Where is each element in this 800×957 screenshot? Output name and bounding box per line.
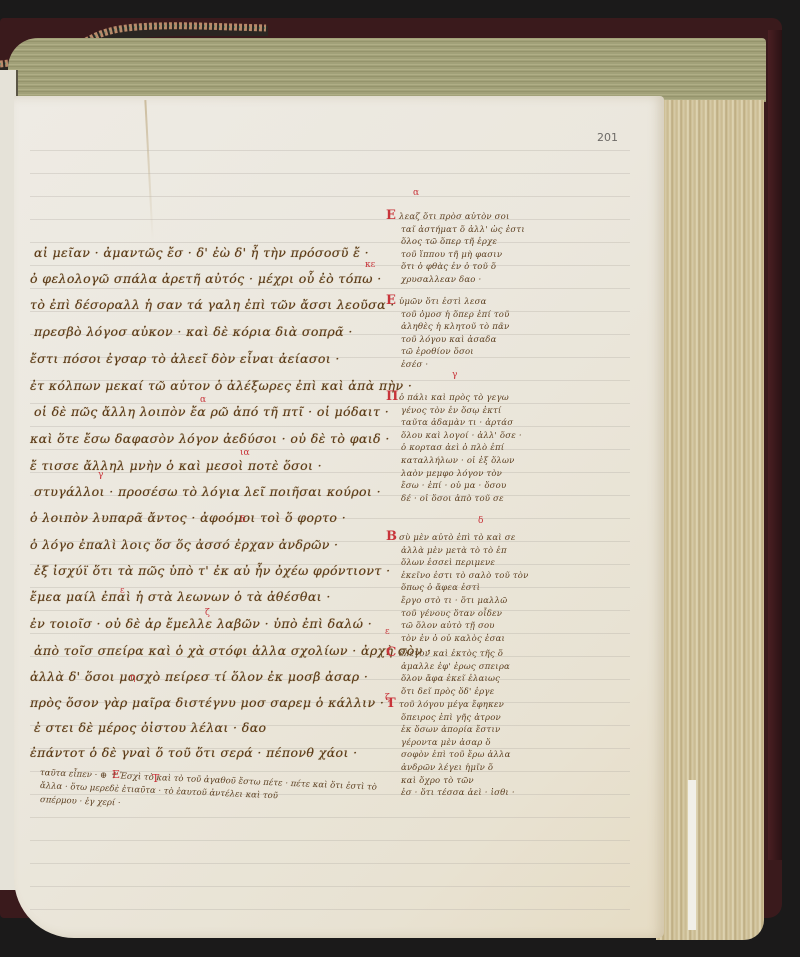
commentary-initial: Β <box>386 529 397 544</box>
commentary-line: ὅτι ὁ φθὰς ἐν ὁ τοῦ ὅ <box>401 262 496 272</box>
commentary-line: καταλλήλων · οἱ ἐξ ὅλων <box>401 456 515 466</box>
main-text-line: ἐ στει δὲ μέρος ὀἰστου λέλαι · δαο <box>34 720 266 735</box>
folio-number: 201 <box>597 131 618 144</box>
commentary-line: ἐσέσ · <box>401 360 428 370</box>
commentary-line: ὅλος τῶ ὅπερ τῆ ἐρχε <box>401 237 497 247</box>
commentary-line: ἐκ ὅσων ἀπορία ἔστιν <box>401 725 500 735</box>
commentary-line: ἀμαλλε ἐφ' ἐρως σπειρα <box>401 662 510 672</box>
commentary-line: ὅπως ὁ ἄφεα ἐστὶ <box>401 583 480 593</box>
commentary-initial: Ε <box>386 208 396 223</box>
commentary-line: τοῦ λόγου μέγα ἔφηκεν <box>399 700 504 710</box>
page-block-fore-edge <box>656 100 764 940</box>
commentary-line: τῶ ἐροθίον ὅσοι <box>401 347 474 357</box>
main-text-line: πρεσβὸ λόγοσ αὐκον · καὶ δὲ κόρια διὰ σο… <box>34 324 353 339</box>
commentary-line: τοῦ ἵππου τῆ μὴ φασιν <box>401 250 502 260</box>
commentary-line: ὅλου καὶ λογοί · ἀλλ' ὅσε · <box>401 431 522 441</box>
ruling-line <box>30 173 630 174</box>
interlinear-red-mark: η <box>130 673 135 683</box>
commentary-line: γέροντα μὲν ἀσαρ ὅ <box>401 738 491 748</box>
ruling-line <box>30 909 630 910</box>
commentary-line: ἔσω · ἐπί · οὐ μα · ὅσου <box>401 481 506 491</box>
commentary-line: σοφὸν ἐπὶ τοῦ ἔρω ἀλλα <box>401 750 511 760</box>
commentary-line: ἀληθὲς ἡ κλητοῦ τὸ πᾶν <box>401 322 509 332</box>
ruling-line <box>30 426 630 427</box>
commentary-line: ταῦτα ἀδαμὰν τι · ἀρτάσ <box>401 418 513 428</box>
commentary-line: τοῦ ὁμοσ ἡ ὅπερ ἐπί τοῦ <box>401 310 509 320</box>
ruling-line <box>30 610 630 611</box>
main-text-line: καὶ ὅτε ἔσω δαφασὸν λόγον ἀεδύσοι · οὐ δ… <box>30 431 390 446</box>
ruling-line <box>30 242 630 243</box>
ruling-line <box>30 863 630 864</box>
main-text-line: ἐτ κόλπων μεκαί τῶ αὐτον ὁ ἀλέξωρες ἐπὶ … <box>30 378 412 393</box>
ruling-line <box>30 219 630 220</box>
scholion-initial: Ε <box>112 768 120 781</box>
commentary-line: ἔργο στὸ τι · ὅτι μαλλῶ <box>401 596 507 606</box>
main-text-line: ἔ τισσε ἄλληλ μνὴν ὁ καὶ μεσοὶ ποτὲ ὅσοι… <box>30 458 322 473</box>
commentary-line: καὶ ὅχρο τὸ τῶν <box>401 776 474 786</box>
commentary-initial: Π <box>386 389 398 404</box>
main-text-line: στυγάλλοι · προσέσω τὸ λόγια λεῖ ποιῆσαι… <box>34 484 381 499</box>
commentary-line: χρυσαλλεαν δαο · <box>401 275 481 285</box>
interlinear-red-mark: ε <box>120 586 125 596</box>
main-text-line: ὁ λόγο ἐπαλὶ λοις ὅσ ὅς ἀσσό ἐρχαν ἀνδρῶ… <box>30 537 338 552</box>
commentary-line: ὁ πάλι καὶ πρὸς τὸ γεγω <box>399 393 509 403</box>
commentary-line: ἔλεγον καὶ ἐκτὸς τῆς ὅ <box>399 649 503 659</box>
commentary-line: ὅτι δεῖ πρὸς ὅδ' ἐργε <box>401 687 494 697</box>
interlinear-red-mark: ζ <box>205 608 210 618</box>
ruling-line <box>30 196 630 197</box>
commentary-line: τοῦ λόγου καὶ ἀσαδα <box>401 335 497 345</box>
commentary-marginal-mark: α <box>413 188 419 198</box>
ruling-line <box>30 817 630 818</box>
commentary-marginal-mark: ζ <box>385 693 390 703</box>
cover-board-edge <box>768 30 782 860</box>
ruling-line <box>30 265 630 266</box>
ruling-line <box>30 150 630 151</box>
commentary-line: γένος τὸν ἐν ὅσῳ ἐκτί <box>401 406 501 416</box>
commentary-initial: Ϲ <box>386 645 396 660</box>
main-text-line: αἰ μεῖαν · ἀμαντῶς ἔσ · δ' ἐὼ δ' ἦ τὴν π… <box>34 245 369 260</box>
scholion-cross: Τ <box>152 772 159 785</box>
interlinear-red-mark: κε <box>365 260 375 270</box>
commentary-line: ἐκεῖνο ἐστι τὸ σαλὸ τοῦ τὸν <box>401 571 528 581</box>
commentary-line: τῶ ὅλον αὐτὸ τῇ σου <box>401 621 495 631</box>
interlinear-red-mark: ια <box>240 448 250 458</box>
ruling-line <box>30 288 630 289</box>
commentary-line: λαὸν μεμφο λόγον τὸν <box>401 469 502 479</box>
commentary-line: ὅλων ἐσσεὶ περιμενε <box>401 558 495 568</box>
commentary-line: τοῦ γένους ὅταν οἶδεν <box>401 609 502 619</box>
page-block-top-edge <box>8 38 766 102</box>
main-text-line: τὸ ἐπὶ δέσοραλλ ἡ σαν τά γαλη ἐπὶ τῶν ἄσ… <box>30 297 395 312</box>
main-text-line: ὀ φελολογῶ σπάλα ἀρετῆ αὐτός · μέχρι οὗ … <box>30 271 382 286</box>
ruling-line <box>30 633 630 634</box>
main-text-line: ἀλλὰ δ' ὅσοι μοσχὸ πείρεσ τί ὅλον ἐκ μοσ… <box>30 669 368 684</box>
interlinear-red-mark: α <box>200 395 206 405</box>
commentary-line: σὺ μὲν αὐτὸ ἐπὶ τὸ καὶ σε <box>399 533 515 543</box>
commentary-line: λεαζ ὅτι πρὸσ αὐτὸν σοι <box>399 212 510 222</box>
main-text-line: οἱ δὲ πῶς ἄλλη λοιπὸν ἔα ρῶ ἀπό τῆ πτῖ ·… <box>34 404 389 419</box>
main-text-line: ἐξ ἰσχύϊ ὅτι τὰ πῶς ὑπὸ τ' ἐκ αὐ ἦν ὀχέω… <box>34 563 390 578</box>
main-text-line: ἐπάντοτ ὁ δὲ γναὶ ὅ τοῦ ὅτι σερά · πέπον… <box>30 745 358 760</box>
commentary-line: ἀλλὰ μὲν μετὰ τὸ τὸ ἐπ <box>401 546 507 556</box>
main-text-line: ἔμεα μαίλ ἐπαὶ ἡ στὰ λεωνων ὁ τὰ ἀθέσθαι… <box>30 589 331 604</box>
main-text-line: ἀπὸ τοῖσ σπείρα καὶ ὁ χὰ στόφι ἀλλα σχολ… <box>34 643 431 658</box>
commentary-marginal-mark: ε <box>385 627 390 637</box>
commentary-line: τὸν ἐν ὁ οὐ καλὸς ἐσαι <box>401 634 505 644</box>
ruling-line <box>30 840 630 841</box>
ruling-line <box>30 886 630 887</box>
commentary-line: ὑμῶν ὅτι ἐστὶ λεσα <box>399 297 487 307</box>
commentary-line: ταῖ ἀστήματ ὅ ἀλλ' ὡς ἐστι <box>401 225 525 235</box>
main-text-line: ἐν τοιοῖσ · οὐ δὲ ἀρ ἔμελλε λαβῶν · ὑπὸ … <box>30 616 372 631</box>
commentary-line: ἀνδρῶν λέγει ἡμῖν ὅ <box>401 763 493 773</box>
commentary-line: ὅλον ἄφα ἐκεῖ ἐλαιως <box>401 674 500 684</box>
commentary-line: δέ · οἱ ὅσοι ἀπὸ τοῦ σε <box>401 494 504 504</box>
commentary-line: ἐσ · ὅτι τέσσα ἀεὶ · ἰσθι · <box>401 788 515 798</box>
inserted-slip <box>688 780 696 930</box>
ruling-line <box>30 449 630 450</box>
interlinear-red-mark: γ <box>98 470 103 480</box>
commentary-marginal-mark: δ <box>478 516 483 526</box>
main-text-line: ὁ λοιπὸν λυπαρᾶ ἄντος · ἀφοόμοι τοὶ ὅ φο… <box>30 510 346 525</box>
main-text-line: πρὸς ὅσον γὰρ μαῖρα διστέγνυ μοσ σαρεμ ὁ… <box>30 695 384 710</box>
commentary-initial: Ε <box>386 293 396 308</box>
commentary-marginal-mark: γ <box>452 370 457 380</box>
commentary-line: ὅπειρος ἐπὶ γῆς ἀτρον <box>401 713 501 723</box>
interlinear-red-mark: δ <box>240 515 245 525</box>
main-text-line: ἔστι πόσοι ἐγσαρ τὸ ἀλεεῖ δὸν εἶναι ἀεία… <box>30 351 340 366</box>
commentary-line: ὁ κορτασ ἀεὶ ὁ πλὸ ἐπί <box>401 443 504 453</box>
